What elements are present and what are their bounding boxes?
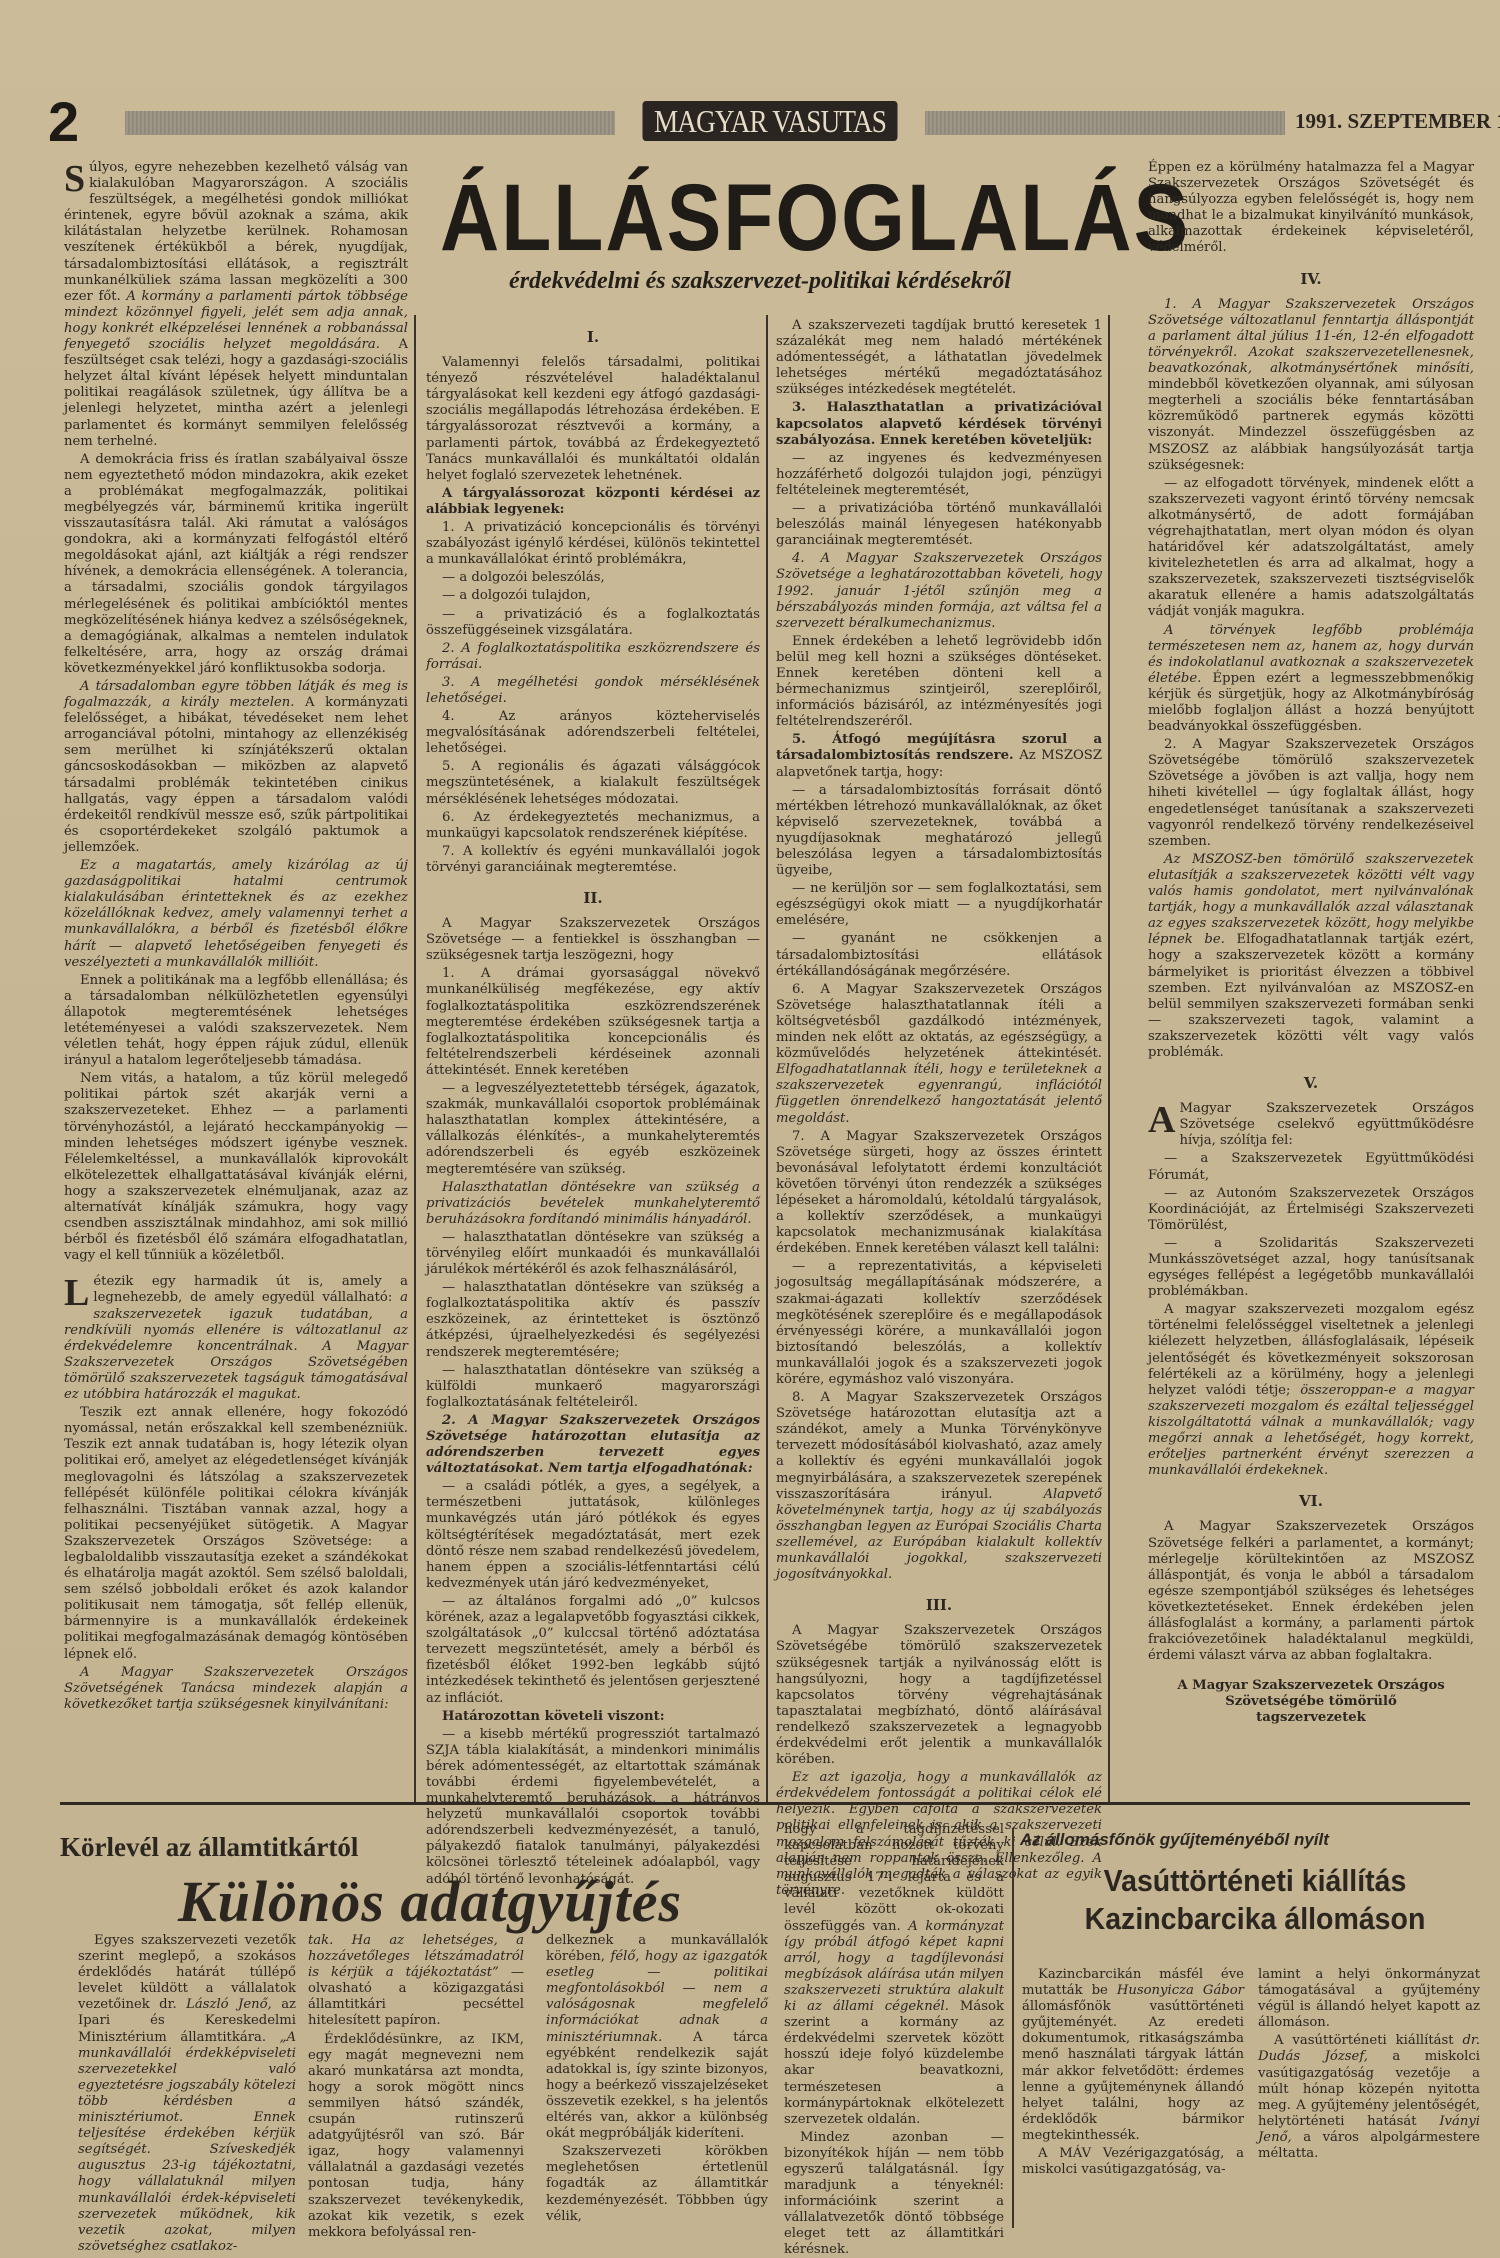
drop-cap: S bbox=[64, 162, 85, 196]
newspaper-logo: MAGYAR VASUTAS bbox=[643, 101, 898, 141]
section-numeral: VI. bbox=[1148, 1493, 1474, 1509]
article2-col3: delkeznek a munkavállalók körében, félő,… bbox=[546, 1933, 768, 2227]
masthead-rule-right bbox=[925, 111, 1285, 135]
intro-column: Súlyos, egyre nehezebben kezelhető válsá… bbox=[64, 160, 408, 1715]
section-numeral: I. bbox=[426, 329, 760, 345]
column-divider bbox=[1108, 315, 1110, 1805]
column-divider bbox=[414, 315, 416, 1805]
column-divider bbox=[766, 315, 768, 1805]
article-kicker: Az állomásfőnök gyűjteményéből nyílt bbox=[1020, 1830, 1329, 1850]
masthead-rule-left bbox=[125, 111, 615, 135]
newspaper-page: 2 MAGYAR VASUTAS 1991. SZEPTEMBER 12. ÁL… bbox=[0, 0, 1500, 2258]
section-numeral: V. bbox=[1148, 1075, 1474, 1091]
main-subheadline: érdekvédelmi és szakszervezet-politikai … bbox=[440, 268, 1080, 295]
section-divider bbox=[60, 1802, 1470, 1805]
section-numeral: II. bbox=[426, 890, 760, 906]
drop-cap: L bbox=[64, 1276, 89, 1310]
section-numeral: III. bbox=[776, 1597, 1102, 1613]
column-divider bbox=[1012, 1828, 1014, 2228]
masthead: 2 MAGYAR VASUTAS 1991. SZEPTEMBER 12. bbox=[40, 95, 1480, 145]
issue-date: 1991. SZEPTEMBER 12. bbox=[1295, 109, 1500, 134]
page-number: 2 bbox=[48, 89, 79, 154]
section-numeral: IV. bbox=[1148, 271, 1474, 287]
drop-cap: A bbox=[1148, 1103, 1175, 1137]
article2-col1: Egyes szakszervezeti vezetők szerint meg… bbox=[78, 1933, 296, 2257]
article-headline: Vasúttörténeti kiállítás Kazincbarcika á… bbox=[1039, 1862, 1471, 1938]
article-headline: Különös adatgyűjtés bbox=[178, 1868, 682, 1935]
section-column-4: Éppen ez a körülmény hatalmazza fel a Ma… bbox=[1148, 160, 1474, 1727]
article2-col2: tak. Ha az lehetséges, a hozzávetőleges … bbox=[308, 1933, 524, 2243]
article2-col4: hogy a tagdíjfizetéssel kapcsolatban hoz… bbox=[784, 1822, 1004, 2258]
article3-col2: lamint a helyi önkormányzat támogatásáva… bbox=[1258, 1967, 1480, 2164]
section-column-2: I. Valamennyi felelős társadalmi, politi… bbox=[426, 315, 760, 1890]
signature: A Magyar Szakszervezetek Országos Szövet… bbox=[1148, 1678, 1474, 1726]
article3-col1: Kazincbarcikán másfél éve mutatták be Hu… bbox=[1022, 1967, 1244, 2180]
article-kicker: Körlevél az államtitkártól bbox=[60, 1832, 358, 1863]
section-column-3: A szakszervezeti tagdíjak bruttó kereset… bbox=[776, 318, 1102, 1901]
main-headline: ÁLLÁSFOGLALÁS bbox=[440, 165, 1080, 273]
